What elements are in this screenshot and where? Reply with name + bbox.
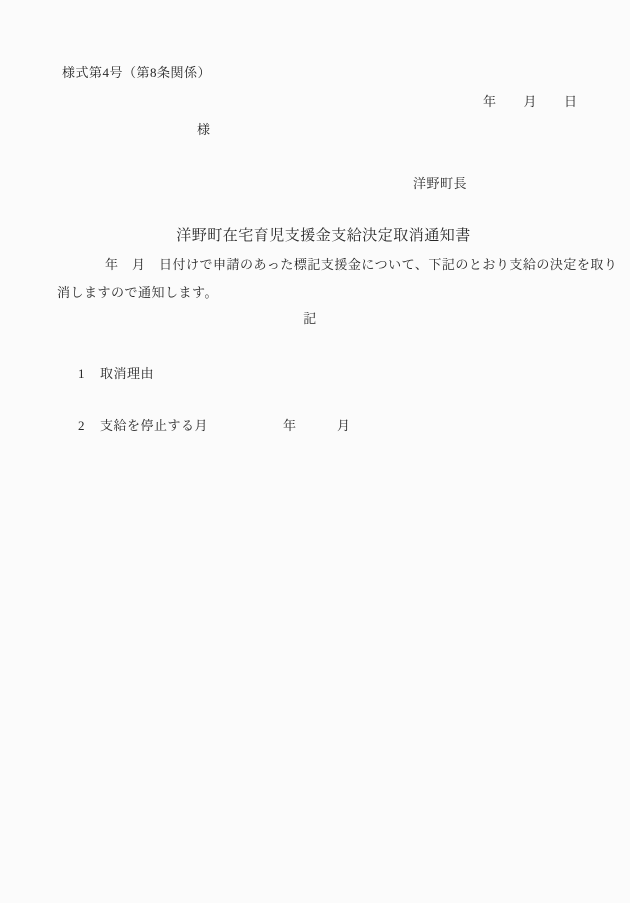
issue-date-line: 年 月 日 xyxy=(483,95,578,110)
document-title: 洋野町在宅育児支援金支給決定取消通知書 xyxy=(0,228,630,245)
item-number: 2 xyxy=(78,419,85,434)
list-item-cancellation-reason: 1 取消理由 xyxy=(0,367,630,387)
document-page: 様式第4号（第8条関係） 年 月 日 様 洋野町長 洋野町在宅育児支援金支給決定… xyxy=(0,0,630,903)
item-number: 1 xyxy=(78,367,85,382)
itemization-marker: 記 xyxy=(0,312,630,327)
form-number: 様式第4号（第8条関係） xyxy=(62,66,211,81)
sender-title: 洋野町長 xyxy=(413,177,467,192)
item-label: 取消理由 xyxy=(100,367,154,382)
body-paragraph-line-2: 消しますので通知します。 xyxy=(57,286,218,301)
item-label: 支給を停止する月 xyxy=(100,419,208,434)
item-value-year-month: 年 月 xyxy=(283,419,351,434)
list-item-suspension-month: 2 支給を停止する月 年 月 xyxy=(0,419,630,439)
addressee-honorific: 様 xyxy=(197,123,211,138)
body-paragraph-line-1: 年 月 日付けで申請のあった標記支援金について、下記のとおり支給の決定を取り xyxy=(105,258,617,273)
